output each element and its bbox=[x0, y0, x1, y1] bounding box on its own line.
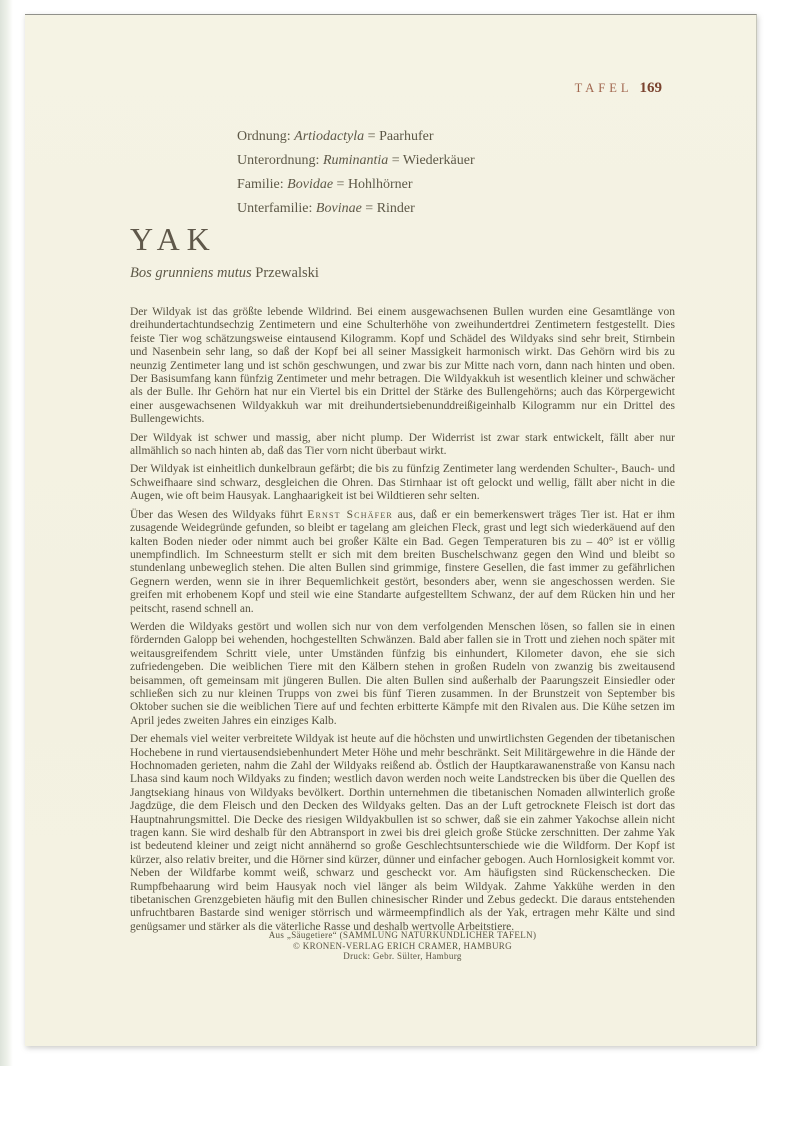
species-subtitle: Bos grunniens mutus Przewalski bbox=[130, 265, 319, 282]
imprint-footer: Aus „Säugetiere“ (SAMMLUNG NATURKUNDLICH… bbox=[130, 930, 675, 962]
body-paragraph: Der Wildyak ist einheitlich dunkelbraun … bbox=[130, 463, 675, 503]
scanner-edge-strip bbox=[0, 0, 13, 1066]
classification-label: Unterfamilie: bbox=[237, 201, 312, 216]
species-author: Przewalski bbox=[255, 265, 319, 281]
body-paragraph: Der ehemals viel weiter verbreitete Wild… bbox=[130, 733, 675, 934]
classification-value: = Paarhufer bbox=[368, 129, 434, 144]
classification-latin: Artiodactyla bbox=[294, 129, 364, 144]
classification-line-unterordnung: Unterordnung: Ruminantia = Wiederkäuer bbox=[237, 149, 475, 173]
paragraph-segment: aus, daß er ein bemerkenswert träges Tie… bbox=[130, 509, 675, 615]
classification-value: = Hohlhörner bbox=[337, 177, 413, 192]
classification-block: Ordnung: Artiodactyla = Paarhufer Untero… bbox=[237, 125, 475, 221]
plate-label: TAFEL169 bbox=[25, 79, 662, 97]
classification-label: Familie: bbox=[237, 177, 284, 192]
classification-line-familie: Familie: Bovidae = Hohlhörner bbox=[237, 173, 475, 197]
body-paragraph: Über das Wesen des Wildyaks führt Ernst … bbox=[130, 509, 675, 616]
book-page: TAFEL169 Ordnung: Artiodactyla = Paarhuf… bbox=[25, 14, 757, 1046]
body-paragraph: Der Wildyak ist schwer und massig, aber … bbox=[130, 432, 675, 459]
paragraph-segment: Über das Wesen des Wildyaks führt bbox=[130, 509, 307, 521]
plate-number: 169 bbox=[640, 80, 663, 96]
classification-label: Unterordnung: bbox=[237, 153, 319, 168]
classification-latin: Ruminantia bbox=[323, 153, 388, 168]
imprint-copyright-line: © KRONEN-VERLAG ERICH CRAMER, HAMBURG bbox=[130, 941, 675, 952]
author-citation-name: Ernst Schäfer bbox=[307, 509, 393, 521]
classification-line-ordnung: Ordnung: Artiodactyla = Paarhufer bbox=[237, 125, 475, 149]
species-latin-name: Bos grunniens mutus bbox=[130, 265, 252, 281]
page-title: YAK bbox=[130, 221, 217, 258]
classification-latin: Bovidae bbox=[287, 177, 333, 192]
plate-word: TAFEL bbox=[575, 81, 633, 95]
imprint-printer-line: Druck: Gebr. Sülter, Hamburg bbox=[130, 951, 675, 962]
classification-value: = Rinder bbox=[365, 201, 415, 216]
classification-line-unterfamilie: Unterfamilie: Bovinae = Rinder bbox=[237, 197, 475, 221]
classification-label: Ordnung: bbox=[237, 129, 291, 144]
scanned-page-canvas: TAFEL169 Ordnung: Artiodactyla = Paarhuf… bbox=[0, 0, 802, 1134]
body-paragraph: Der Wildyak ist das größte lebende Wildr… bbox=[130, 306, 675, 427]
body-text: Der Wildyak ist das größte lebende Wildr… bbox=[130, 306, 675, 939]
classification-value: = Wiederkäuer bbox=[392, 153, 475, 168]
body-paragraph: Werden die Wildyaks gestört und wollen s… bbox=[130, 621, 675, 728]
classification-latin: Bovinae bbox=[316, 201, 362, 216]
imprint-source-line: Aus „Säugetiere“ (SAMMLUNG NATURKUNDLICH… bbox=[130, 930, 675, 941]
